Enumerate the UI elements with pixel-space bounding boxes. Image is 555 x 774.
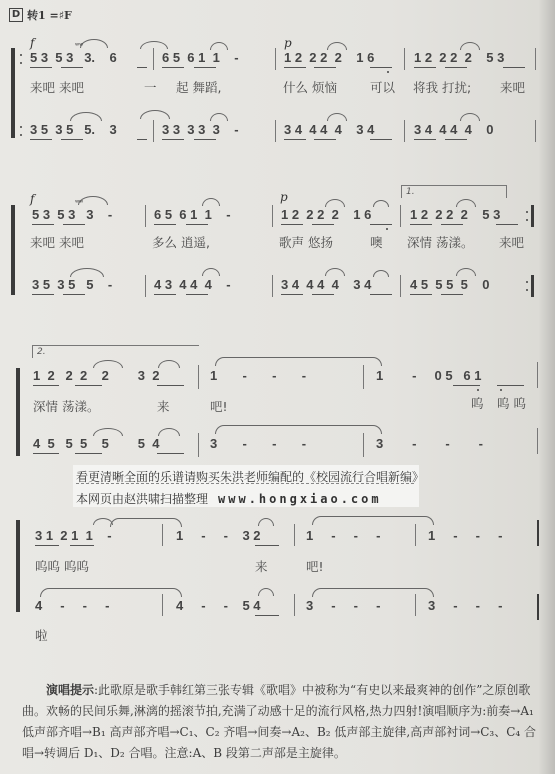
upper-measure-2: 1 - - - [210, 368, 306, 383]
system-brace [16, 520, 20, 612]
lyric: 将我 打扰; [413, 78, 471, 96]
system-brace [11, 205, 15, 295]
volta-2 [32, 345, 199, 358]
lyric: 吧! [210, 397, 228, 415]
tips-text: :此歌原是歌手韩红第三张专辑《歌唱》中被称为“有史以来最爽神的创作”之原创歌曲。… [22, 683, 536, 760]
upper-measure-3: 1 - - - [306, 528, 380, 543]
tips-label: 演唱提示 [46, 683, 94, 697]
lyric: 什么 烦恼 [283, 78, 337, 96]
performance-tips: 演唱提示:此歌原是歌手韩红第三张专辑《歌唱》中被称为“有史以来最爽神的创作”之原… [22, 680, 547, 764]
lyric: 来吧 来吧 [30, 233, 84, 251]
dynamic-f: f [30, 192, 34, 206]
upper-measure-4: 1 2 2 2 2 5 3 [410, 207, 500, 222]
lyric: 一 [144, 78, 157, 96]
lyric: 来吧 [500, 78, 525, 96]
lower-measure-1: 4 - - - [35, 598, 109, 613]
lyric: 歌声 悠扬 [279, 233, 333, 251]
divider [76, 483, 414, 484]
dynamic-p: p [280, 190, 288, 204]
upper-measure-3: 1 2 2 2 2 1 6 [284, 50, 374, 65]
volta-1 [401, 185, 507, 198]
upper-measure-2: 6 5 6 1 1 - [162, 50, 239, 65]
upper-measure-1: 1 2 2 2 2 3 2 [33, 368, 159, 383]
lower-measure-4: 4 5 5 5 5 0 [410, 277, 490, 292]
tie [40, 588, 182, 597]
upper-measure-1: 3 1 2 1 1 - [35, 528, 112, 543]
final-barline [537, 594, 539, 620]
upper-measure-3: 1 - 0 5 6 1 [376, 368, 482, 383]
lyric: 来 [255, 557, 268, 575]
tie [110, 518, 182, 527]
dynamic-p: p [284, 36, 292, 50]
lower-measure-3: 3 4 4 4 4 3 4 [284, 122, 374, 137]
lyric: 起 舞蹈, [176, 78, 221, 96]
score-page: D 转1 =♯F f p 5 3 5 3 3. 6 ʷʷ 6 5 6 1 1 -… [0, 0, 555, 774]
repeat-end [531, 275, 534, 297]
lyric: 呜 呜 [497, 394, 526, 412]
lyric: 来 [157, 397, 170, 415]
lower-measure-2: 3 - - - [210, 436, 306, 451]
lower-measure-2: 4 - - 5 4 [176, 598, 261, 613]
upper-measure-2: 6 5 6 1 1 - [154, 207, 231, 222]
upper-measure-4: 1 2 2 2 2 5 3 [414, 50, 504, 65]
lyric: 呜 [471, 394, 484, 412]
lyric: 深情 荡漾。 [33, 397, 99, 415]
lower-measure-4: 3 - - - [428, 598, 502, 613]
upper-measure-3: 1 2 2 2 2 1 6 [281, 207, 371, 222]
lower-measure-2: 4 3 4 4 4 - [154, 277, 231, 292]
upper-measure-1: 5 3 5 3 3 - [32, 207, 112, 222]
tie [215, 357, 382, 366]
lyric: 来吧 来吧 [30, 78, 84, 96]
lyric: 可以 [370, 78, 395, 96]
lyric: 噢 [370, 233, 383, 251]
lyric: 多么 逍遥, [152, 233, 210, 251]
final-barline [537, 520, 539, 546]
lower-measure-3: 3 4 4 4 4 3 4 [281, 277, 371, 292]
lyric: 来吧 [499, 233, 524, 251]
repeat-end [531, 205, 534, 227]
section-marker: D [9, 8, 23, 22]
lower-measure-1: 3 5 3 5 5. 3 [30, 122, 117, 137]
lyric: 呜呜 呜呜 [35, 557, 89, 575]
lower-measure-3: 3 - - - [376, 436, 483, 451]
tie [215, 425, 382, 434]
watermark-line-2: 本网页由赵洪啸扫描整理www.hongxiao.com [76, 490, 382, 507]
system-brace [16, 368, 20, 456]
lower-measure-2: 3 3 3 3 3 - [162, 122, 239, 137]
key-change: 转1 =♯F [27, 7, 72, 23]
lower-measure-1: 3 5 3 5 5 - [32, 277, 112, 292]
lower-measure-4: 3 4 4 4 4 0 [414, 122, 494, 137]
lower-measure-3: 3 - - - [306, 598, 380, 613]
upper-measure-2: 1 - - 3 2 [176, 528, 261, 543]
lyric: 吧! [306, 557, 324, 575]
lyric: 啦 [35, 626, 48, 644]
system-brace [11, 48, 15, 138]
watermark-url[interactable]: www.hongxiao.com [218, 492, 382, 506]
upper-measure-4: 1 - - - [428, 528, 502, 543]
upper-measure-1: 5 3 5 3 3. 6 [30, 50, 117, 65]
lower-measure-1: 4 5 5 5 5 5 4 [33, 436, 159, 451]
dynamic-f: f [30, 36, 34, 50]
lyric: 深情 荡漾。 [407, 233, 473, 251]
